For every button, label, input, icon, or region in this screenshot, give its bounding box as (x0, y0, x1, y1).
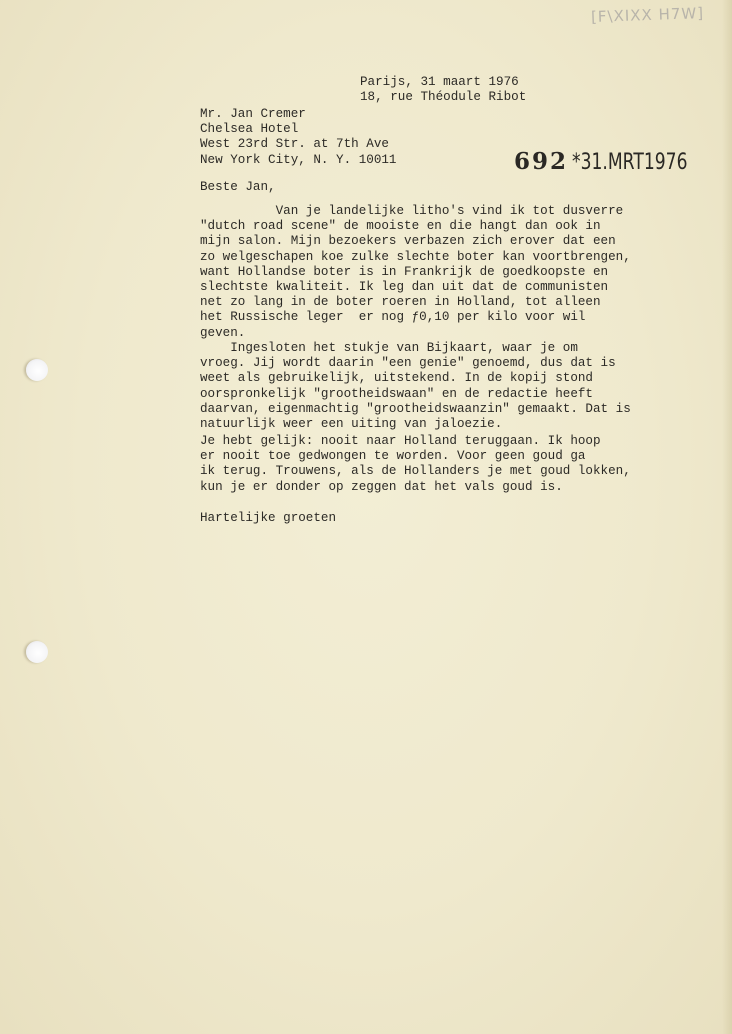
recipient-line: Mr. Jan Cremer (200, 107, 397, 122)
recipient-line: West 23rd Str. at 7th Ave (200, 137, 397, 152)
sender-block: Parijs, 31 maart 197618, rue Théodule Ri… (360, 75, 526, 105)
punch-hole (26, 641, 48, 663)
recipient-line: Chelsea Hotel (200, 122, 397, 137)
recipient-address-block: Mr. Jan CremerChelsea HotelWest 23rd Str… (200, 107, 397, 168)
body-paragraph: Van je landelijke litho's vind ik tot du… (200, 204, 631, 341)
punch-hole (26, 359, 48, 381)
sender-place-date: Parijs, 31 maart 1976 (360, 75, 526, 90)
body-paragraph: Ingesloten het stukje van Bijkaart, waar… (200, 341, 631, 432)
stamp-number: 692 (514, 148, 568, 175)
sender-address: 18, rue Théodule Ribot (360, 90, 526, 105)
stamp-date: *31.MRT1976 (572, 150, 688, 175)
paper-edge (722, 0, 732, 1034)
closing: Hartelijke groeten (200, 511, 336, 526)
salutation: Beste Jan, (200, 180, 276, 195)
recipient-line: New York City, N. Y. 10011 (200, 153, 397, 168)
received-stamp: 692 *31.MRT1976 (514, 148, 720, 175)
body-paragraph: Je hebt gelijk: nooit naar Holland terug… (200, 434, 631, 495)
